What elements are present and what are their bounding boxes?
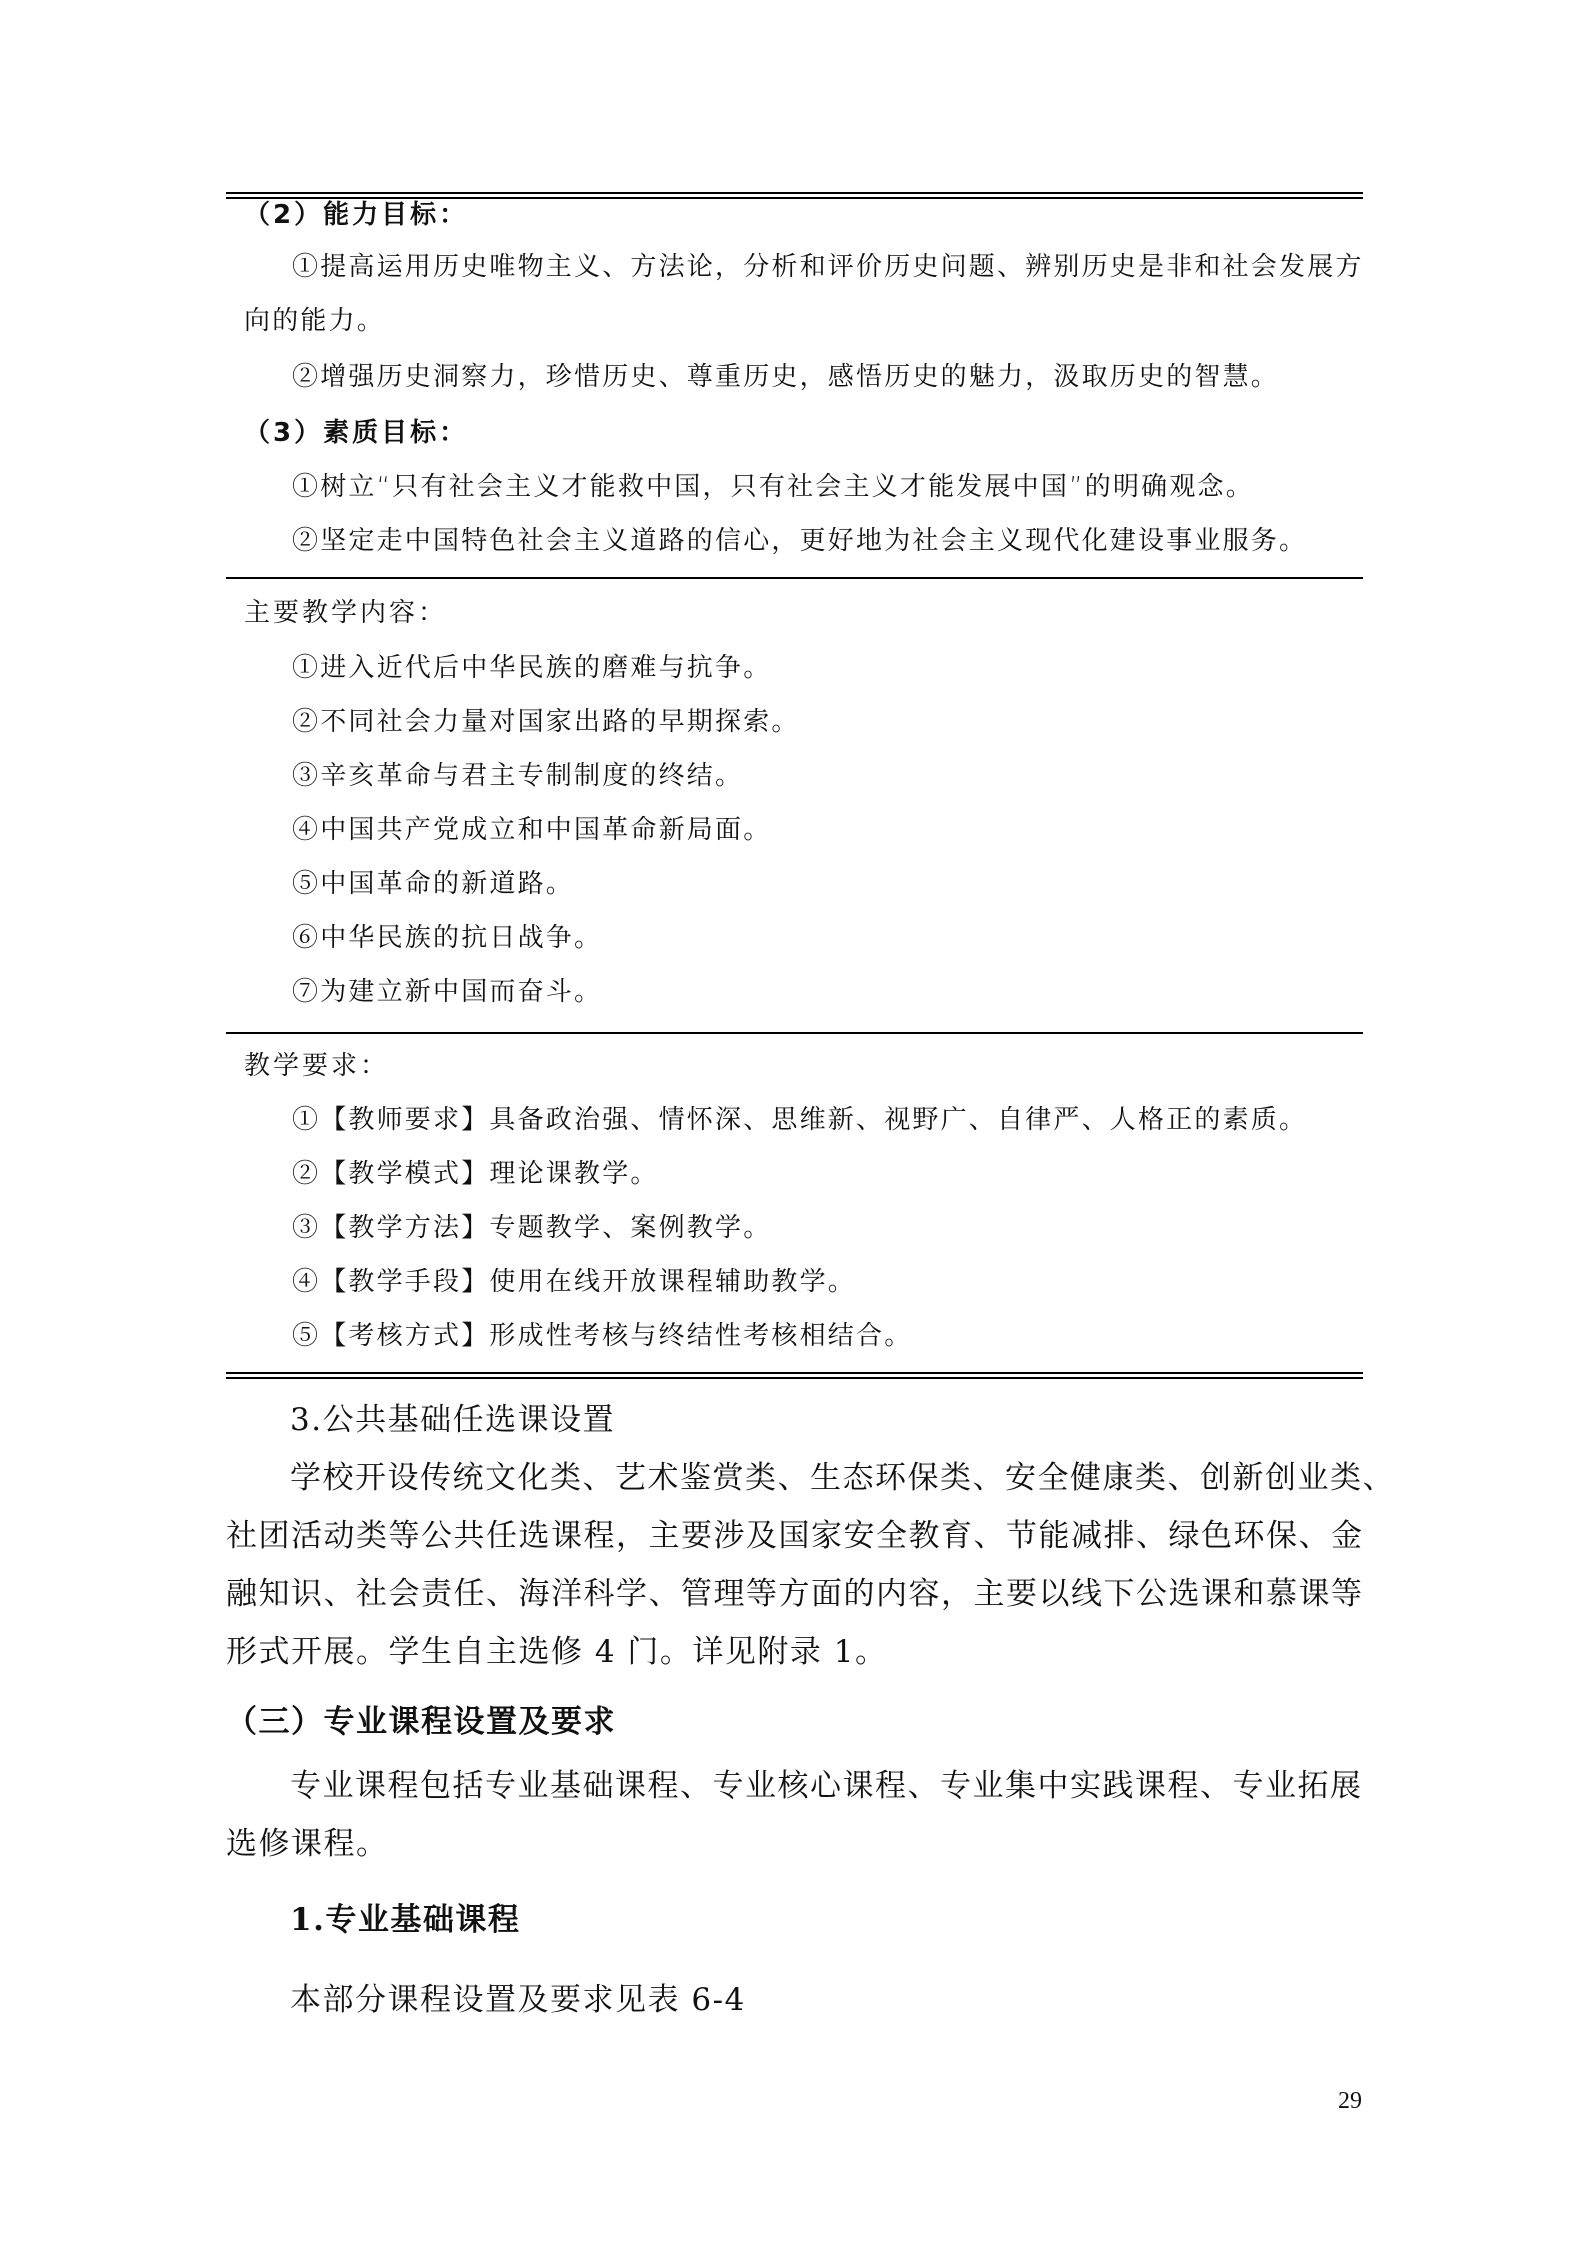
section-3-heading: 3.公共基础任选课设置 xyxy=(290,1402,615,1438)
section-3-paragraph-line-4: 形式开展。学生自主选修 4 门。详见附录 1。 xyxy=(226,1634,888,1670)
document-page: （2）能力目标： ①提高运用历史唯物主义、方法论，分析和评价历史问题、辨别历史是… xyxy=(0,0,1587,2245)
section-3-paragraph-line-1: 学校开设传统文化类、艺术鉴赏类、生态环保类、安全健康类、创新创业类、 xyxy=(290,1460,1395,1496)
teaching-requirements-heading: 教学要求： xyxy=(244,1051,389,1081)
professional-courses-paragraph-line-2: 选修课程。 xyxy=(226,1826,389,1862)
main-content-item-6: ⑥中华民族的抗日战争。 xyxy=(292,923,602,953)
ability-goals-heading: （2）能力目标： xyxy=(244,200,468,230)
ability-goal-item-2: ②增强历史洞察力，珍惜历史、尊重历史，感悟历史的魅力，汲取历史的智慧。 xyxy=(292,362,1279,392)
main-content-item-1: ①进入近代后中华民族的磨难与抗争。 xyxy=(292,653,771,683)
quality-goals-heading: （3）素质目标： xyxy=(244,418,468,448)
quality-goal-item-2: ②坚定走中国特色社会主义道路的信心，更好地为社会主义现代化建设事业服务。 xyxy=(292,526,1307,556)
main-content-item-7: ⑦为建立新中国而奋斗。 xyxy=(292,977,602,1007)
teaching-requirement-item-4: ④【教学手段】使用在线开放课程辅助教学。 xyxy=(292,1267,856,1297)
main-content-item-3: ③辛亥革命与君主专制制度的终结。 xyxy=(292,761,743,791)
section-3-paragraph-line-3: 融知识、社会责任、海洋科学、管理等方面的内容，主要以线下公选课和慕课等 xyxy=(226,1576,1364,1612)
section-3-paragraph-line-2: 社团活动类等公共任选课程，主要涉及国家安全教育、节能减排、绿色环保、金 xyxy=(226,1518,1364,1554)
main-content-item-5: ⑤中国革命的新道路。 xyxy=(292,869,574,899)
table-bottom-border xyxy=(226,1372,1363,1379)
teaching-requirement-item-2: ②【教学模式】理论课教学。 xyxy=(292,1159,659,1189)
main-content-heading: 主要教学内容： xyxy=(244,598,447,628)
page-number: 29 xyxy=(1338,2088,1362,2115)
main-content-item-2: ②不同社会力量对国家出路的早期探索。 xyxy=(292,707,800,737)
professional-courses-heading: （三）专业课程设置及要求 xyxy=(226,1704,616,1740)
main-content-item-4: ④中国共产党成立和中国革命新局面。 xyxy=(292,815,771,845)
subsection-1-heading: 1.专业基础课程 xyxy=(290,1902,520,1938)
ability-goal-item-1: ①提高运用历史唯物主义、方法论，分析和评价历史问题、辨别历史是非和社会发展方 xyxy=(292,252,1364,282)
professional-courses-paragraph-line-1: 专业课程包括专业基础课程、专业核心课程、专业集中实践课程、专业拓展 xyxy=(290,1768,1363,1804)
subsection-1-text: 本部分课程设置及要求见表 6-4 xyxy=(290,1982,746,2018)
teaching-requirement-item-1: ①【教师要求】具备政治强、情怀深、思维新、视野广、自律严、人格正的素质。 xyxy=(292,1105,1307,1135)
table-top-border xyxy=(226,192,1363,199)
table-row-divider xyxy=(226,1032,1363,1034)
table-row-divider xyxy=(226,577,1363,579)
ability-goal-item-1-cont: 向的能力。 xyxy=(244,306,385,336)
teaching-requirement-item-3: ③【教学方法】专题教学、案例教学。 xyxy=(292,1213,771,1243)
quality-goal-item-1: ①树立“只有社会主义才能救中国，只有社会主义才能发展中国”的明确观念。 xyxy=(292,472,1254,502)
teaching-requirement-item-5: ⑤【考核方式】形成性考核与终结性考核相结合。 xyxy=(292,1321,912,1351)
